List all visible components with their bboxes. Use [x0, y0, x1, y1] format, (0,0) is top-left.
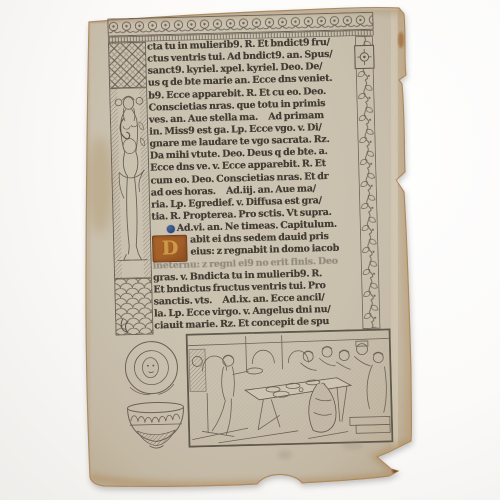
printed-page: cta tu in mulierib9. R. Et bndict9 fru/ …	[0, 0, 500, 500]
showthrough-smudge	[278, 450, 292, 459]
lattice-tracery-panel-icon	[108, 42, 147, 89]
spiral-medallion-icon	[121, 336, 183, 400]
banquet-feast-woodcut-icon	[186, 328, 394, 447]
photo-of-manuscript-leaf: cta tu in mulierib9. R. Et bndict9 fru/ …	[0, 0, 500, 500]
rosette-square-icon	[354, 45, 375, 70]
initial-letter: D	[161, 239, 178, 258]
illuminated-initial: D	[152, 235, 188, 263]
ornamental-basin-icon	[124, 400, 187, 452]
showthrough-smudge	[341, 441, 363, 450]
standing-female-figure-icon	[109, 88, 152, 279]
foliate-scale-panel-icon	[114, 278, 153, 336]
text-block: cta tu in mulierib9. R. Et bndict9 fru/ …	[147, 36, 363, 333]
